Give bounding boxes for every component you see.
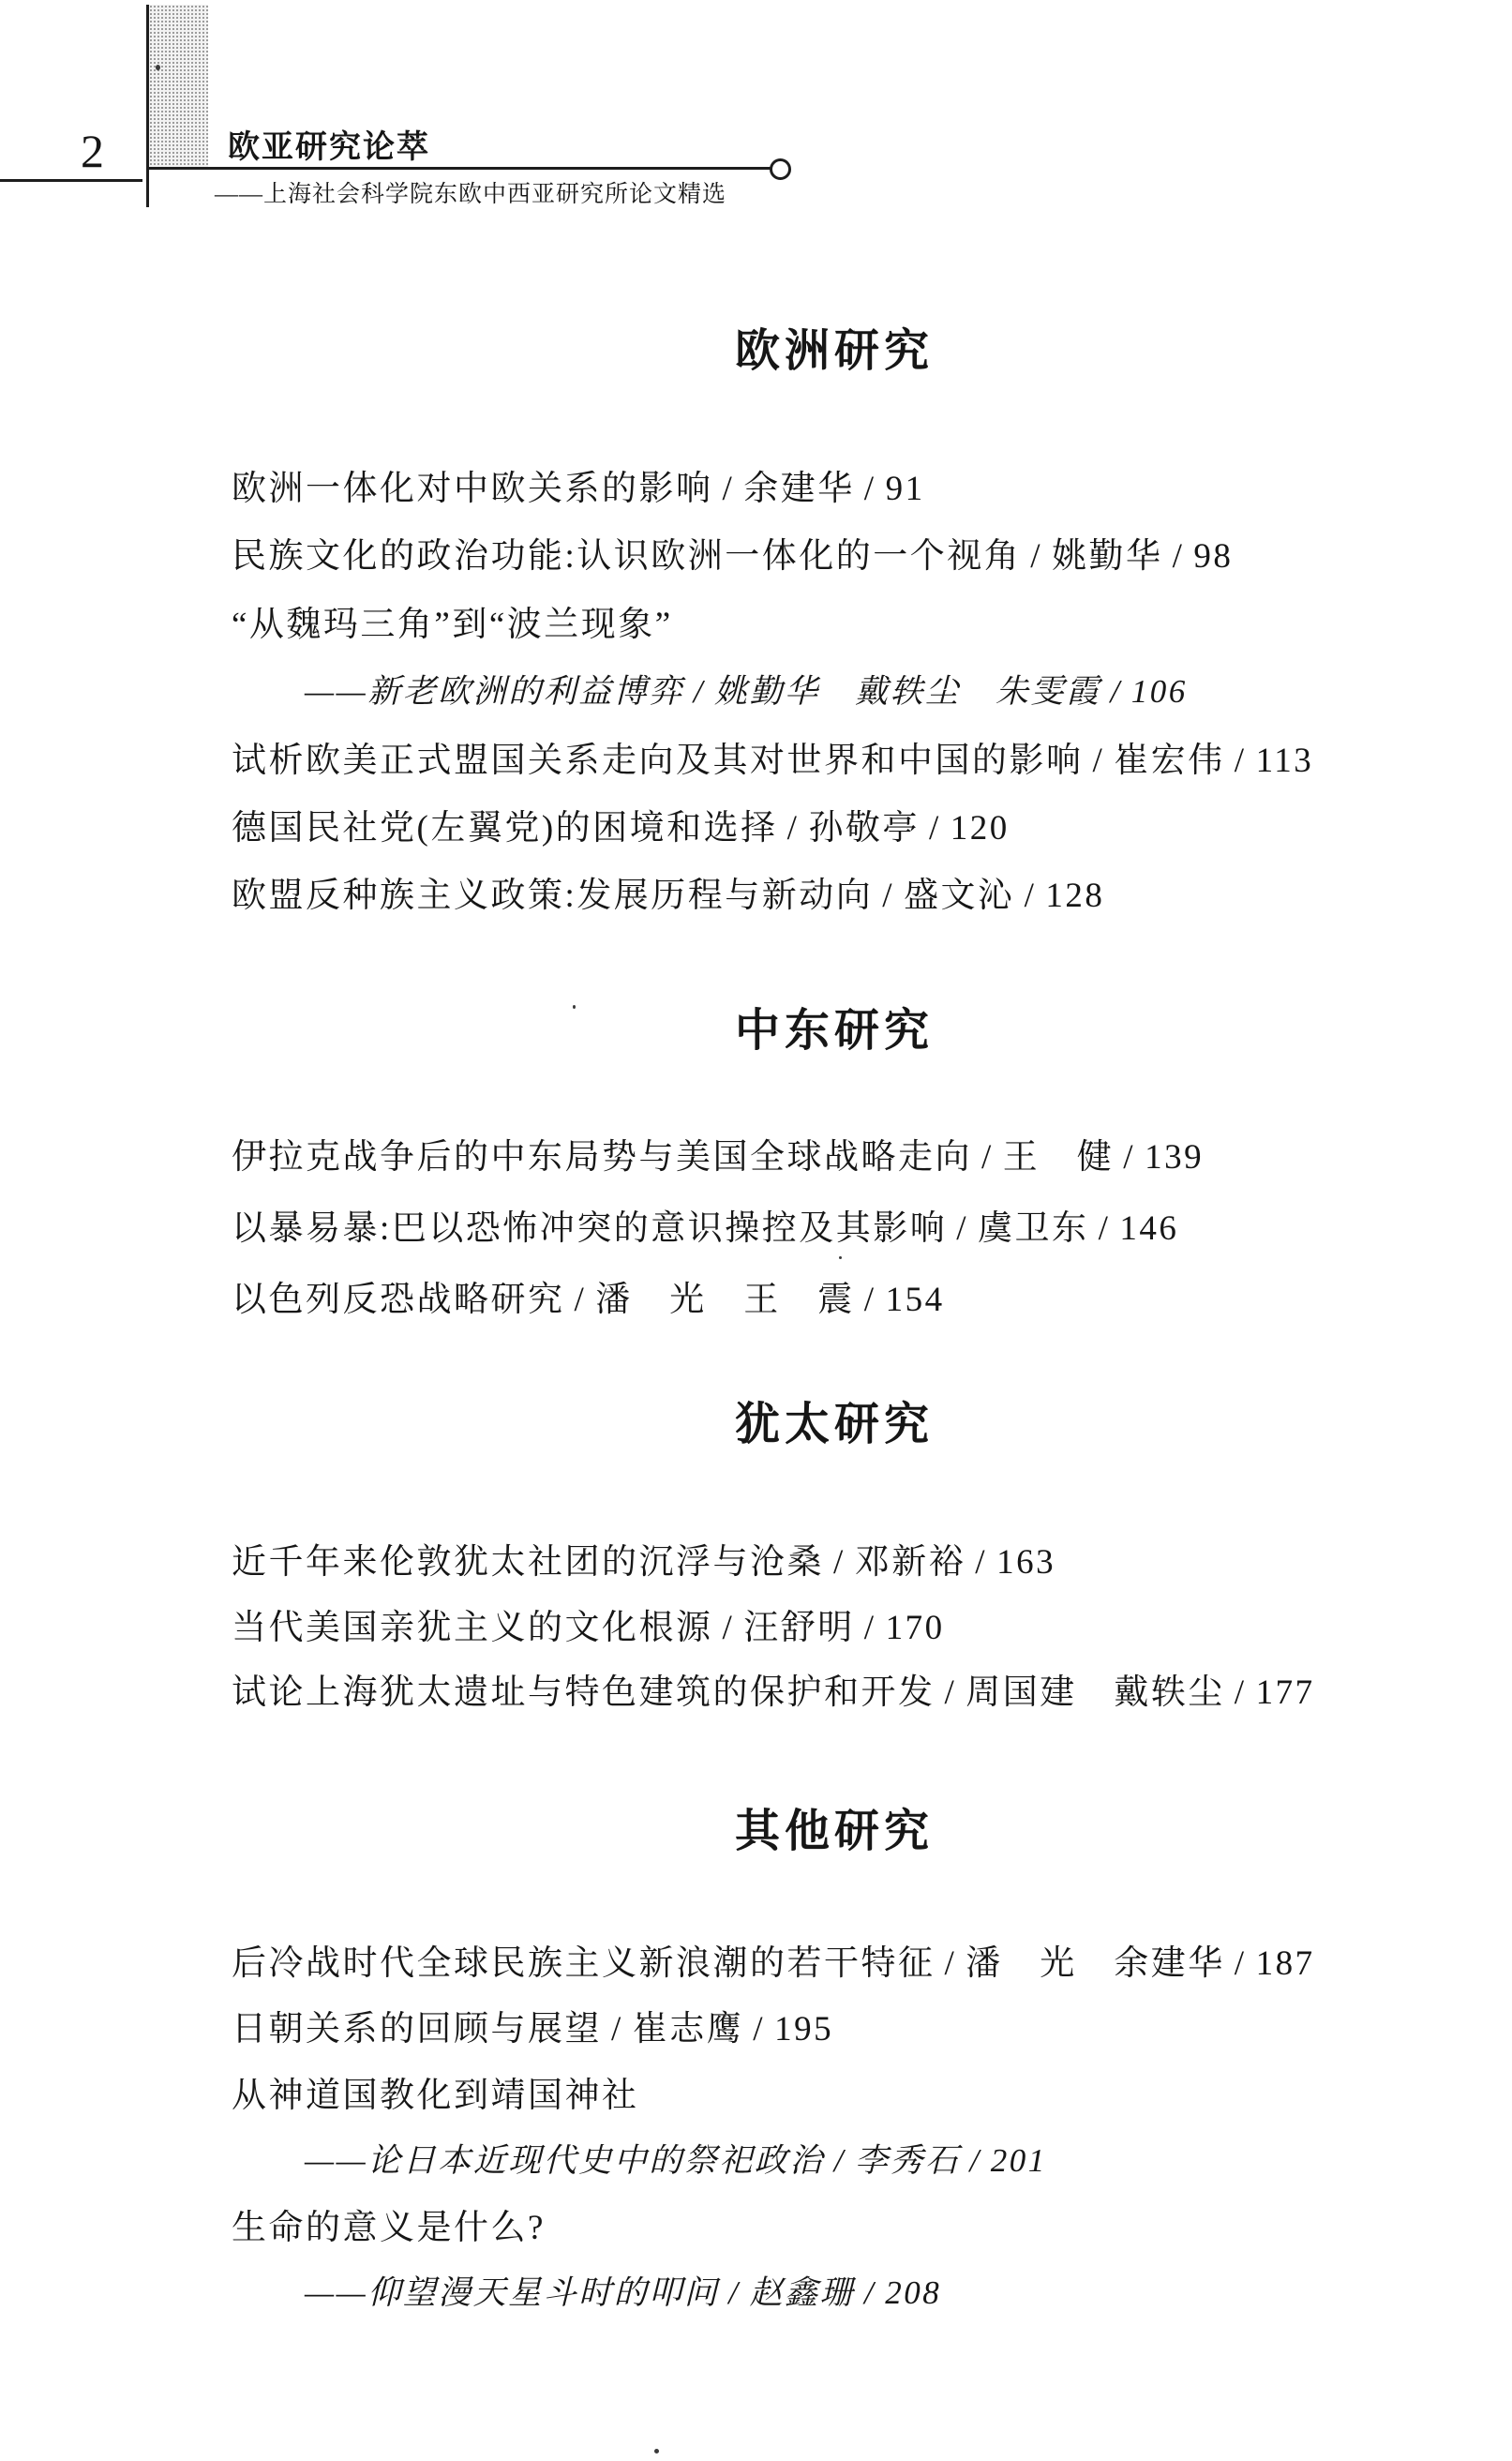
section-heading: 其他研究 (232, 1809, 1437, 1854)
scan-speck (156, 65, 160, 70)
entry-title: 当代美国亲犹主义的文化根源 (232, 1609, 713, 1647)
entry-authors: 孙敬亭 (808, 809, 920, 848)
entry-authors: 赵鑫珊 (749, 2274, 855, 2311)
entry-page: 170 (886, 1609, 945, 1647)
entry-authors: 潘 光 王 震 (595, 1281, 855, 1319)
toc-page: { "meta": { "separator": "/" }, "header"… (0, 0, 1512, 2461)
entry-separator: / (1025, 877, 1037, 915)
scan-speck (839, 1256, 842, 1259)
toc-entry: 以暴易暴:巴以恐怖冲突的意识操控及其影响/虞卫东/146 (232, 1211, 1178, 1246)
entry-authors: 姚勤华 戴轶尘 朱雯霞 (714, 673, 1101, 710)
entry-title: 后冷战时代全球民族主义新浪潮的若干特征 (232, 1944, 936, 1983)
entry-page: 120 (951, 809, 1010, 848)
toc-entry: 欧盟反种族主义政策:发展历程与新动向/盛文沁/128 (232, 878, 1104, 913)
entry-separator: / (929, 809, 941, 848)
toc-entry: 当代美国亲犹主义的文化根源/汪舒明/170 (232, 1611, 945, 1645)
entry-title: 欧洲一体化对中欧关系的影响 (232, 470, 713, 508)
entry-separator: / (1111, 673, 1122, 710)
book-title: 欧亚研究论萃 (228, 132, 430, 164)
entry-separator: / (787, 809, 800, 848)
entry-separator: / (956, 1209, 968, 1248)
scan-speck (654, 2449, 659, 2453)
entry-authors: 崔志鹰 (633, 2010, 744, 2048)
entry-authors: 汪舒明 (743, 1609, 855, 1647)
entry-title: 试论上海犹太遗址与特色建筑的保护和开发 (232, 1673, 936, 1712)
entry-separator: / (970, 2142, 981, 2179)
entry-separator: / (723, 1609, 735, 1647)
entry-separator: / (1235, 1673, 1247, 1712)
toc-entry: 试论上海犹太遗址与特色建筑的保护和开发/周国建 戴轶尘/177 (232, 1675, 1315, 1710)
entry-separator: / (1173, 537, 1185, 576)
entry-separator: / (1123, 1138, 1135, 1177)
entry-title: “从魏玛三角”到“波兰现象” (232, 606, 673, 644)
header-vertical-rule (146, 5, 149, 207)
entry-title: 近千年来伦敦犹太社团的沉浮与沧桑 (232, 1543, 824, 1582)
entry-authors: 虞卫东 (978, 1209, 1089, 1248)
entry-separator: / (864, 1609, 876, 1647)
entry-page: 187 (1256, 1944, 1315, 1983)
section-heading: 中东研究 (232, 1009, 1437, 1054)
toc-entry: 日朝关系的回顾与展望/崔志鹰/195 (232, 2012, 833, 2047)
toc-entry: 后冷战时代全球民族主义新浪潮的若干特征/潘 光 余建华/187 (232, 1946, 1315, 1981)
entry-separator: / (864, 470, 876, 508)
entry-separator: / (864, 1281, 876, 1319)
entry-separator: / (945, 1944, 957, 1983)
page-number: 2 (81, 128, 104, 174)
entry-title: 德国民社党(左翼党)的困境和选择 (232, 809, 778, 848)
book-subtitle: ——上海社会科学院东欧中西亚研究所论文精选 (215, 181, 726, 209)
entry-page: 146 (1119, 1209, 1178, 1248)
entry-page: 195 (774, 2010, 833, 2048)
entry-title: ——新老欧洲的利益博弈 (305, 673, 684, 710)
entry-authors: 余建华 (743, 470, 855, 508)
entry-title: 伊拉克战争后的中东局势与美国全球战略走向 (232, 1138, 972, 1177)
header-halftone-bar (149, 5, 208, 170)
toc-entry: ——论日本近现代史中的祭祀政治/李秀石/201 (305, 2144, 1047, 2177)
entry-separator: / (981, 1138, 994, 1177)
entry-title: 以暴易暴:巴以恐怖冲突的意识操控及其影响 (232, 1209, 947, 1248)
entry-authors: 周国建 戴轶尘 (966, 1673, 1225, 1712)
entry-authors: 李秀石 (855, 2142, 961, 2179)
toc-entry: 伊拉克战争后的中东局势与美国全球战略走向/王 健/139 (232, 1140, 1204, 1175)
entry-separator: / (975, 1543, 987, 1582)
entry-authors: 姚勤华 (1052, 537, 1163, 576)
entry-title: 生命的意义是什么? (232, 2209, 546, 2247)
entry-separator: / (1235, 1944, 1247, 1983)
header-left-rule (0, 179, 142, 182)
toc-entry: 生命的意义是什么? (232, 2211, 546, 2245)
entry-title: 以色列反恐战略研究 (232, 1281, 565, 1319)
toc-entry: 以色列反恐战略研究/潘 光 王 震/154 (232, 1283, 945, 1317)
section-heading: 欧洲研究 (232, 329, 1437, 374)
entry-authors: 盛文沁 (904, 877, 1015, 915)
entry-title: 欧盟反种族主义政策:发展历程与新动向 (232, 877, 873, 915)
entry-title: ——论日本近现代史中的祭祀政治 (305, 2142, 825, 2179)
entry-separator: / (834, 2142, 846, 2179)
entry-page: 139 (1145, 1138, 1204, 1177)
entry-separator: / (1093, 742, 1105, 780)
entry-page: 128 (1045, 877, 1104, 915)
entry-separator: / (611, 2010, 623, 2048)
entry-authors: 王 健 (1003, 1138, 1115, 1177)
entry-separator: / (833, 1543, 846, 1582)
header-rule (146, 167, 772, 170)
entry-page: 113 (1256, 742, 1314, 780)
entry-authors: 邓新裕 (855, 1543, 966, 1582)
entry-title: 民族文化的政治功能:认识欧洲一体化的一个视角 (232, 537, 1021, 576)
entry-separator: / (575, 1281, 587, 1319)
entry-separator: / (723, 470, 735, 508)
entry-page: 201 (991, 2142, 1047, 2179)
toc-entry: 民族文化的政治功能:认识欧洲一体化的一个视角/姚勤华/98 (232, 539, 1233, 574)
entry-separator: / (864, 2274, 876, 2311)
scan-speck (573, 1005, 576, 1009)
entry-separator: / (1235, 742, 1247, 780)
entry-separator: / (945, 1673, 957, 1712)
entry-page: 163 (996, 1543, 1055, 1582)
entry-page: 177 (1256, 1673, 1315, 1712)
header-rule-end-circle (770, 158, 791, 180)
entry-authors: 潘 光 余建华 (966, 1944, 1225, 1983)
entry-page: 106 (1131, 673, 1188, 710)
toc-entry: 近千年来伦敦犹太社团的沉浮与沧桑/邓新裕/163 (232, 1545, 1055, 1580)
toc-entry: ——新老欧洲的利益博弈/姚勤华 戴轶尘 朱雯霞/106 (305, 675, 1188, 708)
entry-title: ——仰望漫天星斗时的叩问 (305, 2274, 719, 2311)
entry-title: 试析欧美正式盟国关系走向及其对世界和中国的影响 (232, 742, 1084, 780)
entry-separator: / (753, 2010, 765, 2048)
toc-entry: “从魏玛三角”到“波兰现象” (232, 608, 673, 642)
toc-entry: 德国民社党(左翼党)的困境和选择/孙敬亭/120 (232, 811, 1010, 846)
entry-page: 154 (886, 1281, 945, 1319)
entry-title: 从神道国教化到靖国神社 (232, 2077, 639, 2115)
entry-authors: 崔宏伟 (1114, 742, 1225, 780)
entry-separator: / (1030, 537, 1042, 576)
toc-entry: 从神道国教化到靖国神社 (232, 2078, 639, 2113)
toc-entry: 试析欧美正式盟国关系走向及其对世界和中国的影响/崔宏伟/113 (232, 743, 1313, 778)
entry-separator: / (1099, 1209, 1111, 1248)
entry-separator: / (882, 877, 894, 915)
toc-entry: ——仰望漫天星斗时的叩问/赵鑫珊/208 (305, 2276, 941, 2309)
entry-page: 98 (1193, 537, 1233, 576)
entry-page: 91 (886, 470, 925, 508)
entry-separator: / (728, 2274, 740, 2311)
entry-title: 日朝关系的回顾与展望 (232, 2010, 602, 2048)
toc-entry: 欧洲一体化对中欧关系的影响/余建华/91 (232, 472, 925, 506)
entry-separator: / (694, 673, 705, 710)
section-heading: 犹太研究 (232, 1403, 1437, 1448)
entry-page: 208 (885, 2274, 941, 2311)
